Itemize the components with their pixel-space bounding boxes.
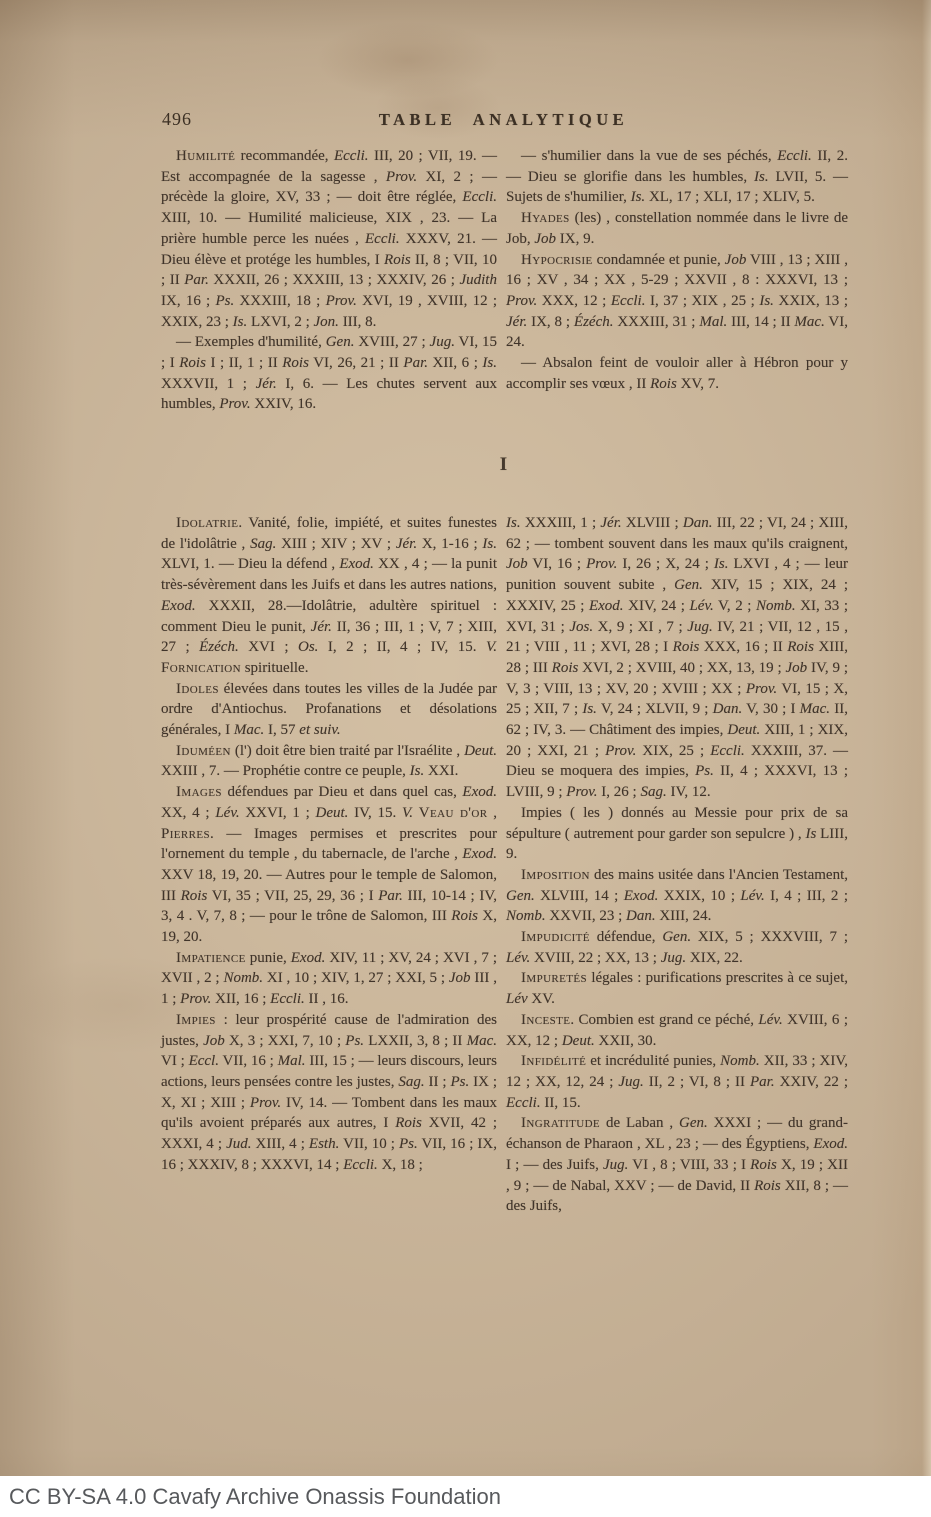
index-entry: Inceste. Combien est grand ce péché, Lév… bbox=[506, 1010, 848, 1051]
section-heading-letter-I: I bbox=[160, 454, 847, 476]
right-column-top: — s'humilier dans la vue de ses péchés, … bbox=[506, 146, 848, 415]
book-page-scan: 496 TABLE ANALYTIQUE Humilité recommandé… bbox=[0, 0, 931, 1517]
index-entry: — s'humilier dans la vue de ses péchés, … bbox=[506, 146, 848, 208]
index-entry: Impatience punie, Exod. XIV, 11 ; XV, 24… bbox=[161, 948, 497, 1010]
index-entry: Hypocrisie condamnée et punie, Job VIII … bbox=[506, 250, 848, 354]
index-entry: Impuretés légales : purifications prescr… bbox=[506, 968, 848, 1009]
license-text: CC BY-SA 4.0 Cavafy Archive Onassis Foun… bbox=[9, 1484, 501, 1510]
index-entry: Impies ( les ) donnés au Messie pour pri… bbox=[506, 803, 848, 865]
index-entry: Ingratitude de Laban , Gen. XXXI ; — du … bbox=[506, 1113, 848, 1217]
index-entry: Iduméen (l') doit être bien traité par l… bbox=[161, 741, 497, 782]
index-entry: Hyades (les) , constellation nommée dans… bbox=[506, 208, 848, 249]
index-entry: Impies : leur prospérité cause de l'admi… bbox=[161, 1010, 497, 1176]
index-entry: — Absalon feint de vouloir aller à Hébro… bbox=[506, 353, 848, 394]
license-bar: CC BY-SA 4.0 Cavafy Archive Onassis Foun… bbox=[0, 1476, 931, 1517]
page-title: TABLE ANALYTIQUE bbox=[160, 110, 847, 130]
bottom-columns: Idolatrie. Vanité, folie, impiété, et su… bbox=[161, 513, 848, 1217]
index-entry: Idoles élevées dans toutes les villes de… bbox=[161, 679, 497, 741]
index-entry: Imposition des mains usitée dans l'Ancie… bbox=[506, 865, 848, 927]
left-column-bottom: Idolatrie. Vanité, folie, impiété, et su… bbox=[161, 513, 497, 1217]
index-entry: — Exemples d'humilité, Gen. XVIII, 27 ; … bbox=[161, 332, 497, 415]
left-column-top: Humilité recommandée, Eccli. III, 20 ; V… bbox=[161, 146, 497, 415]
top-columns: Humilité recommandée, Eccli. III, 20 ; V… bbox=[161, 146, 848, 415]
index-entry: Is. XXXIII, 1 ; Jér. XLVIII ; Dan. III, … bbox=[506, 513, 848, 803]
index-entry: Idolatrie. Vanité, folie, impiété, et su… bbox=[161, 513, 497, 679]
index-entry: Humilité recommandée, Eccli. III, 20 ; V… bbox=[161, 146, 497, 332]
right-column-bottom: Is. XXXIII, 1 ; Jér. XLVIII ; Dan. III, … bbox=[506, 513, 848, 1217]
index-entry: Infidélité et incrédulité punies, Nomb. … bbox=[506, 1051, 848, 1113]
index-entry: Images défendues par Dieu et dans quel c… bbox=[161, 782, 497, 948]
index-entry: Impudicité défendue, Gen. XIX, 5 ; XXXVI… bbox=[506, 927, 848, 968]
